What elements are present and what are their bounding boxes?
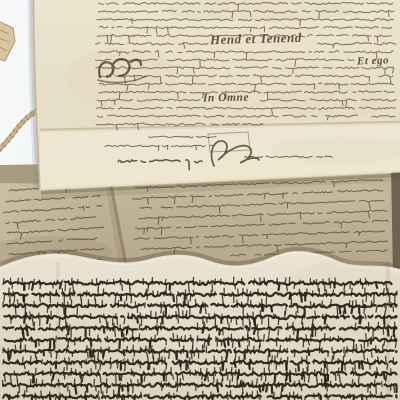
top-document (34, 0, 400, 196)
parchment-layers (0, 0, 400, 400)
manuscripts-photo: Hend et Tenend Et ego In Omne (0, 0, 400, 400)
parchment-fragment (0, 20, 15, 61)
indenture-parchment (0, 249, 400, 400)
